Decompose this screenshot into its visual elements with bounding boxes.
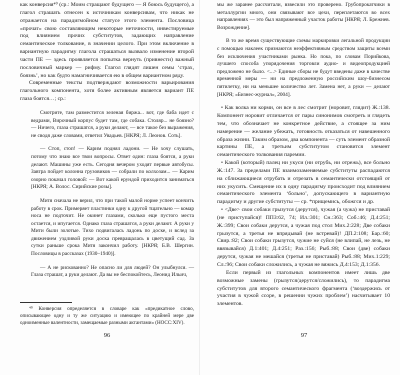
corpus-quote-leonov: Смотрите, там разместится зеленая биржа.… [20, 110, 194, 140]
left-page: как конверсия⁴⁰ (ср.: Моим стращают буду… [0, 0, 200, 375]
right-page: мы же заранее рассчитали, взвесили это п… [200, 0, 400, 375]
footnote-marker: ⁴⁰ [29, 306, 33, 312]
proverb-entry-wolf: • Как волка ни корми, он все в лес смотр… [217, 105, 390, 160]
proverb-entry-finger: • Какой (который) палец ни укуси (ни отр… [217, 160, 390, 207]
footnote-text: Конверсия определяется в словаре как «пр… [20, 306, 194, 326]
corpus-quote-volos: — Стоп, стоп! — Карим поднял ладони. — Н… [20, 146, 194, 192]
paragraph-conclusion: Если первый из глагольных компонентов им… [217, 270, 390, 309]
page-number-left: 96 [0, 332, 200, 339]
corpus-quote-continued: мы же заранее рассчитали, взвесили это п… [217, 2, 390, 32]
proverb-entry-dogs: • <Две> свои собаки грызутся (дерутся), … [217, 207, 390, 270]
corpus-quote-brezhnev: — А не рискованно? Не опасно ли для люде… [20, 265, 194, 280]
footnote: ⁴⁰ Конверсия определяется в словаре как … [20, 306, 194, 327]
book-spread: как конверсия⁴⁰ (ср.: Моим стращают буду… [0, 0, 401, 375]
footnote-divider [20, 302, 72, 303]
corpus-quote-business: В то же время существующие схемы маркиро… [217, 38, 390, 99]
corpus-quote-shergin: Митя сначала не верил, что при такой мал… [20, 198, 194, 259]
paragraph-variation: Современные тексты подтверждают возможно… [20, 80, 194, 104]
paragraph-continued: как конверсия⁴⁰ (ср.: Моим стращают буду… [20, 2, 194, 80]
page-number-right: 97 [200, 332, 400, 339]
